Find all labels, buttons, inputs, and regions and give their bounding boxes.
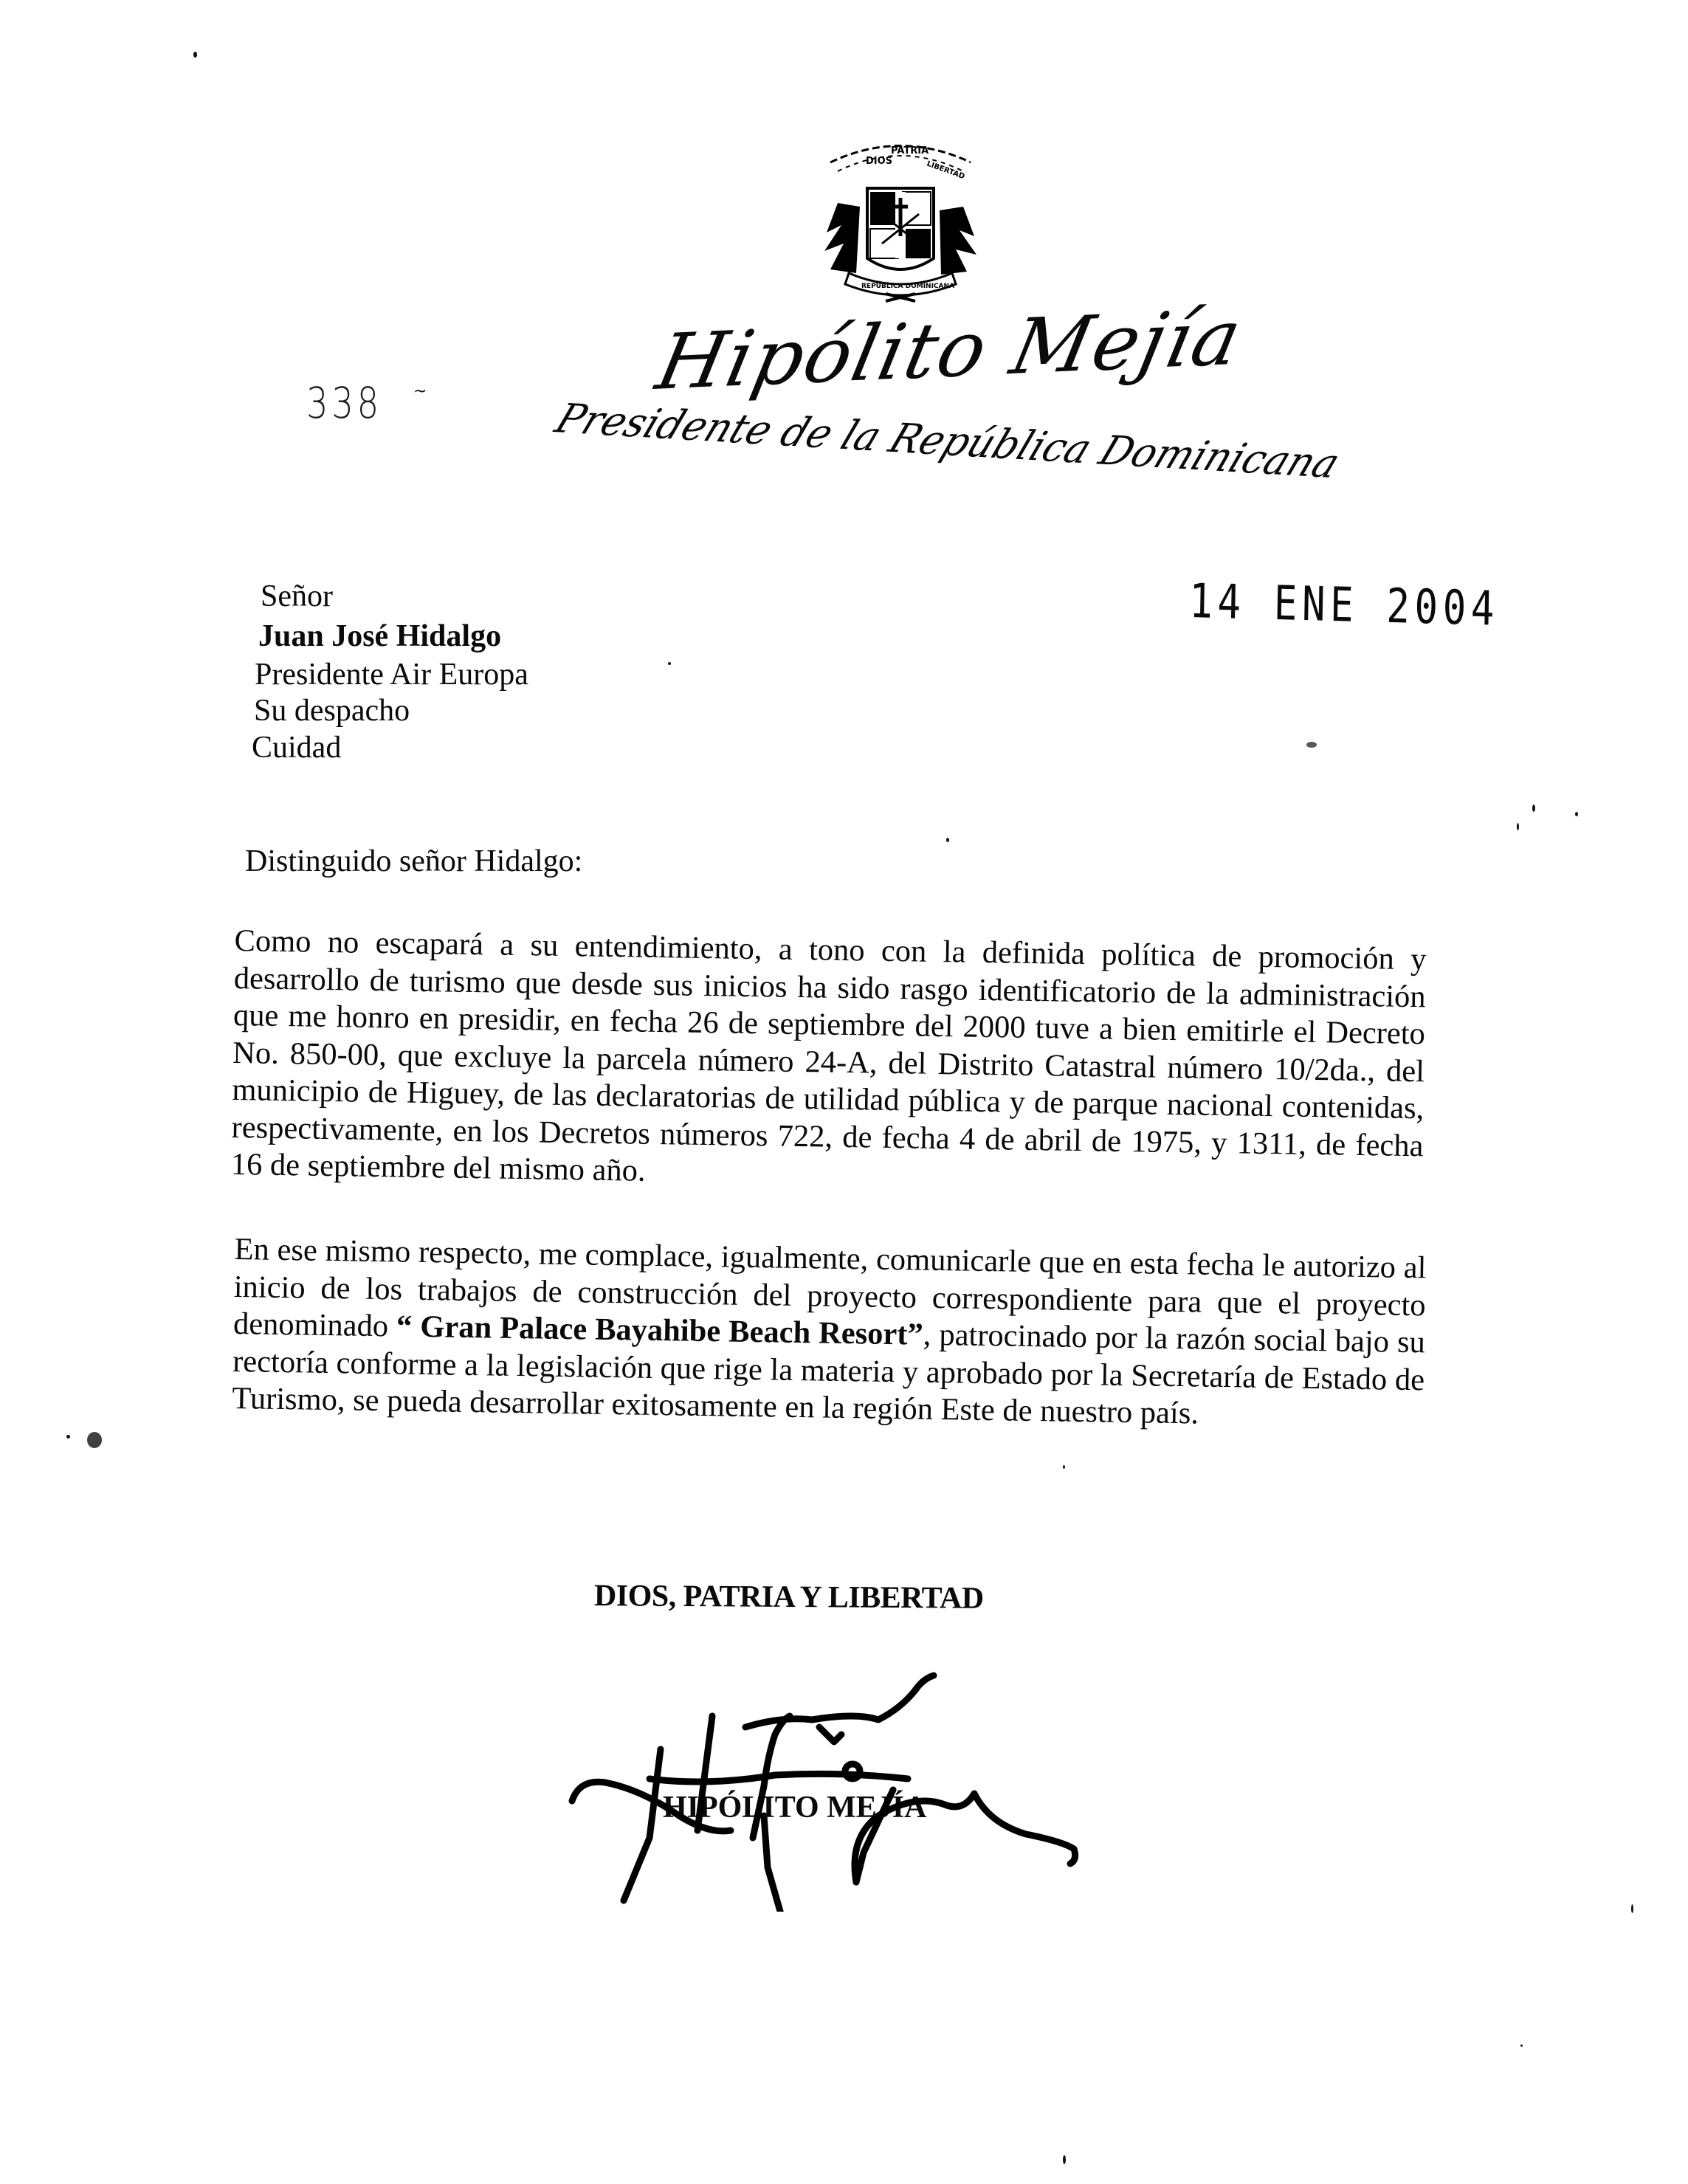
svg-text:DIOS: DIOS [866, 156, 892, 167]
addressee-name: Juan José Hidalgo [258, 619, 501, 654]
addressee-city: Cuidad [252, 730, 341, 765]
letterhead-name: Hipólito Mejía [650, 292, 1250, 407]
closing-motto: DIOS, PATRIA Y LIBERTAD [594, 1578, 984, 1616]
scan-speck [1631, 1904, 1633, 1913]
scan-speck [668, 662, 671, 665]
body-paragraph-1: Como no escapará a su entendimiento, a t… [230, 923, 1426, 1202]
scan-speck [1532, 805, 1535, 812]
reference-mark: ~ [413, 382, 427, 401]
svg-text:REPÚBLICA DOMINICANA: REPÚBLICA DOMINICANA [861, 281, 954, 290]
scan-speck [87, 1432, 102, 1448]
reference-number: 338 [306, 378, 382, 428]
scan-speck [1517, 823, 1519, 830]
salutation: Distinguido señor Hidalgo: [245, 844, 582, 879]
coat-of-arms-icon: DIOS PATRIA LIBERTAD REPÚBLICA DOMINICAN… [808, 133, 993, 303]
letterhead-title: Presidente de la República Dominicana [549, 395, 1346, 487]
signature-icon [561, 1646, 1092, 1912]
scan-speck [946, 838, 949, 842]
scan-speck [1575, 812, 1578, 816]
project-name: “ Gran Palace Bayahibe Beach Resort” [396, 1309, 923, 1351]
addressee-position: Presidente Air Europa [255, 657, 528, 692]
body-paragraph-2: En ese mismo respecto, me complace, igua… [232, 1231, 1427, 1436]
scan-speck [66, 1435, 70, 1439]
scan-speck [1306, 742, 1317, 748]
svg-text:PATRIA: PATRIA [891, 145, 929, 156]
scan-speck [1520, 2045, 1523, 2047]
scan-speck [1063, 2155, 1066, 2164]
addressee-greeting: Señor [261, 579, 333, 614]
date-stamp: 14 ENE 2004 [1189, 574, 1500, 637]
addressee-office: Su despacho [254, 693, 410, 728]
scan-speck [1063, 1465, 1065, 1469]
svg-text:LIBERTAD: LIBERTAD [926, 159, 965, 181]
scan-speck [193, 52, 197, 58]
